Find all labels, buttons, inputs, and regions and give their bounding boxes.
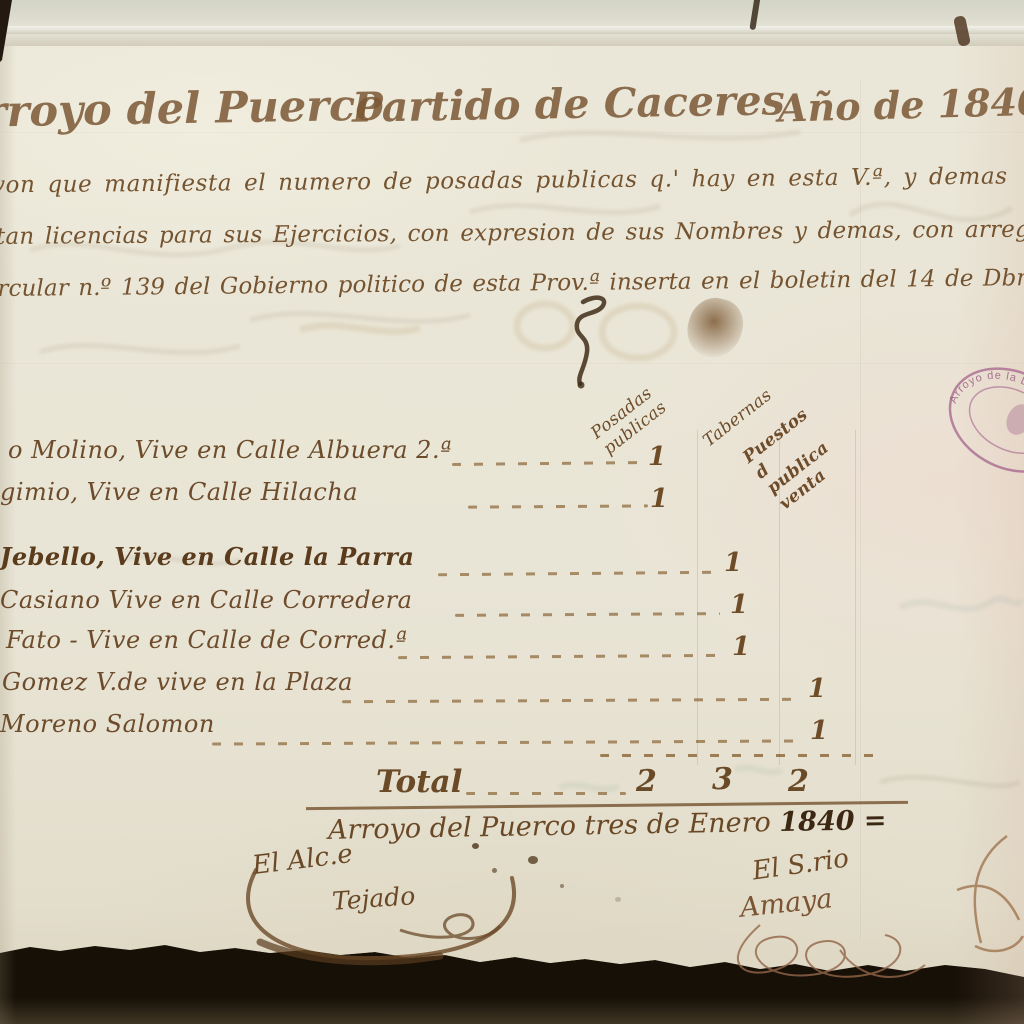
table-row-text: Gomez V.de vive en la Plaza (2, 668, 353, 696)
row-value: 1 (732, 632, 750, 662)
ink-speck (615, 897, 621, 902)
row-value: 1 (808, 674, 826, 704)
left-signature-name: Tejado (331, 881, 416, 916)
ink-speck (492, 868, 497, 873)
dotted-leader (466, 792, 626, 795)
ink-speck (528, 856, 538, 864)
dotted-leader (600, 754, 880, 757)
table-row-text: gimio, Vive en Calle Hilacha (0, 478, 358, 506)
total-tabernas: 3 (712, 762, 733, 797)
row-value: 1 (730, 590, 748, 620)
ink-speck (472, 843, 479, 849)
partial-signature-marks (935, 828, 1024, 963)
right-signature-rubric (700, 880, 950, 990)
dateline-year: 1840 = (779, 805, 887, 838)
header-year: Año de 1840. (777, 78, 1024, 130)
ink-speck (560, 884, 564, 888)
row-value: 1 (724, 548, 742, 578)
total-puestos: 2 (788, 764, 809, 799)
header-district: Partido de Caceres (352, 76, 786, 132)
row-value: 1 (810, 716, 828, 746)
table-row-text: Moreno Salomon (0, 710, 215, 738)
table-row-text: Casiano Vive en Calle Corredera (0, 586, 412, 614)
table-row-text: Fato - Vive en Calle de Corred.ª (6, 626, 407, 654)
header-town: rroyo del Puerco (0, 81, 384, 138)
table-row-text: Jebello, Vive en Calle la Parra (0, 542, 414, 571)
ink-figure-mark (545, 292, 645, 392)
total-posadas: 2 (636, 764, 657, 799)
row-value: 1 (650, 484, 668, 514)
document-scan: rroyo del Puerco Partido de Caceres Año … (0, 0, 1024, 1024)
total-label: Total (376, 764, 462, 800)
table-row-text: o Molino, Vive en Calle Albuera 2.ª (8, 436, 452, 464)
row-value: 1 (648, 442, 666, 472)
